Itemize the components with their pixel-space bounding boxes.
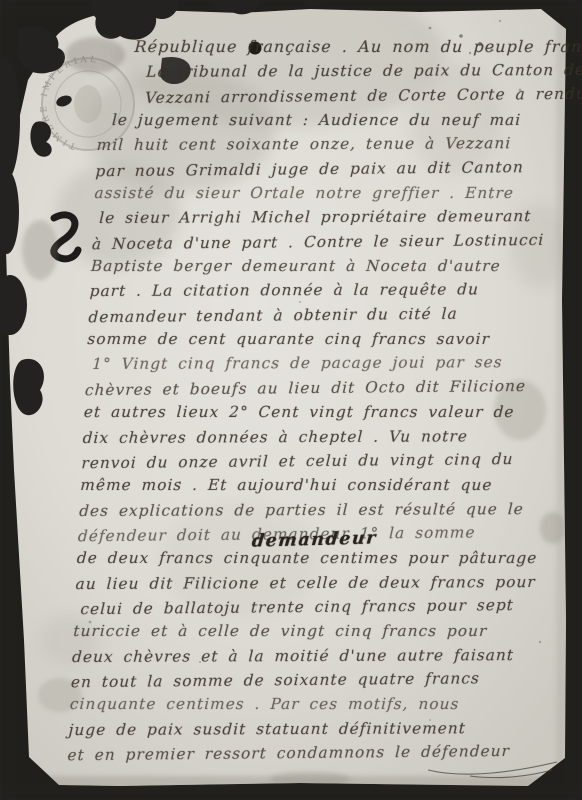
manuscript-line-18: renvoi du onze avril et celui du vingt c… <box>81 447 548 476</box>
manuscript-line-15: chèvres et boeufs au lieu dit Octo dit F… <box>84 374 551 403</box>
manuscript-line-2: Le tribunal de la justice de paix du Can… <box>146 58 567 84</box>
manuscript-line-27: en tout la somme de soixante quatre fran… <box>70 666 537 695</box>
manuscript-line-1: République française . Au nom du peuple … <box>134 35 568 59</box>
manuscript-text: République française . Au nom du peuple … <box>67 34 568 766</box>
manuscript-line-16: et autres lieux 2° Cent vingt francs val… <box>83 400 550 424</box>
manuscript-line-23: au lieu dit Filicione et celle de deux f… <box>75 570 542 596</box>
manuscript-line-19: même mois . Et aujourd'hui considérant q… <box>80 473 547 497</box>
manuscript-line-26: deux chèvres et à la moitié d'une autre … <box>72 643 539 669</box>
manuscript-line-7: assisté du sieur Ortale notre greffier .… <box>94 181 561 205</box>
manuscript-line-29: juge de paix susdit statuant définitivem… <box>68 716 535 742</box>
manuscript-line-5: mil huit cent soixante onze, tenue à Vez… <box>96 131 563 157</box>
manuscript-line-9: à Noceta d'une part . Contre le sieur Lo… <box>91 227 558 256</box>
manuscript-line-11: part . La citation donnée à la requête d… <box>89 277 556 303</box>
manuscript-line-8: le sieur Arrighi Michel propriétaire dem… <box>99 204 560 230</box>
manuscript-line-28: cinquante centimes . Par ces motifs, nou… <box>69 692 536 716</box>
manuscript-line-24: celui de ballatoju trente cinq francs po… <box>80 593 541 622</box>
manuscript-lines: République française . Au nom du peuple … <box>67 34 568 766</box>
manuscript-line-30: et en premier ressort condamnons le défe… <box>67 739 534 768</box>
manuscript-line-17: dix chèvres données à cheptel . Vu notre <box>82 423 549 449</box>
manuscript-line-3: Vezzani arrondissement de Corte Corte a … <box>145 82 566 110</box>
manuscript-line-10: Baptiste berger demeurant à Noceta d'aut… <box>90 254 557 278</box>
manuscript-line-14: 1° Vingt cinq francs de pacage joui par … <box>92 350 553 376</box>
manuscript-line-25: turiccie et à celle de vingt cinq francs… <box>73 619 540 643</box>
photographed-manuscript-page: TIMBRE IMPERIAL <box>0 0 582 800</box>
overwritten-word: demandeur <box>251 528 378 551</box>
manuscript-line-20: des explications de parties il est résul… <box>79 496 546 522</box>
manuscript-line-13: somme de cent quarante cinq francs savoi… <box>87 327 554 351</box>
manuscript-line-4: le jugement suivant : Audience du neuf m… <box>111 108 564 132</box>
manuscript-line-6: par nous Grimaldi juge de paix au dit Ca… <box>95 154 562 183</box>
manuscript-line-12: demandeur tendant à obtenir du cité la <box>88 301 555 330</box>
